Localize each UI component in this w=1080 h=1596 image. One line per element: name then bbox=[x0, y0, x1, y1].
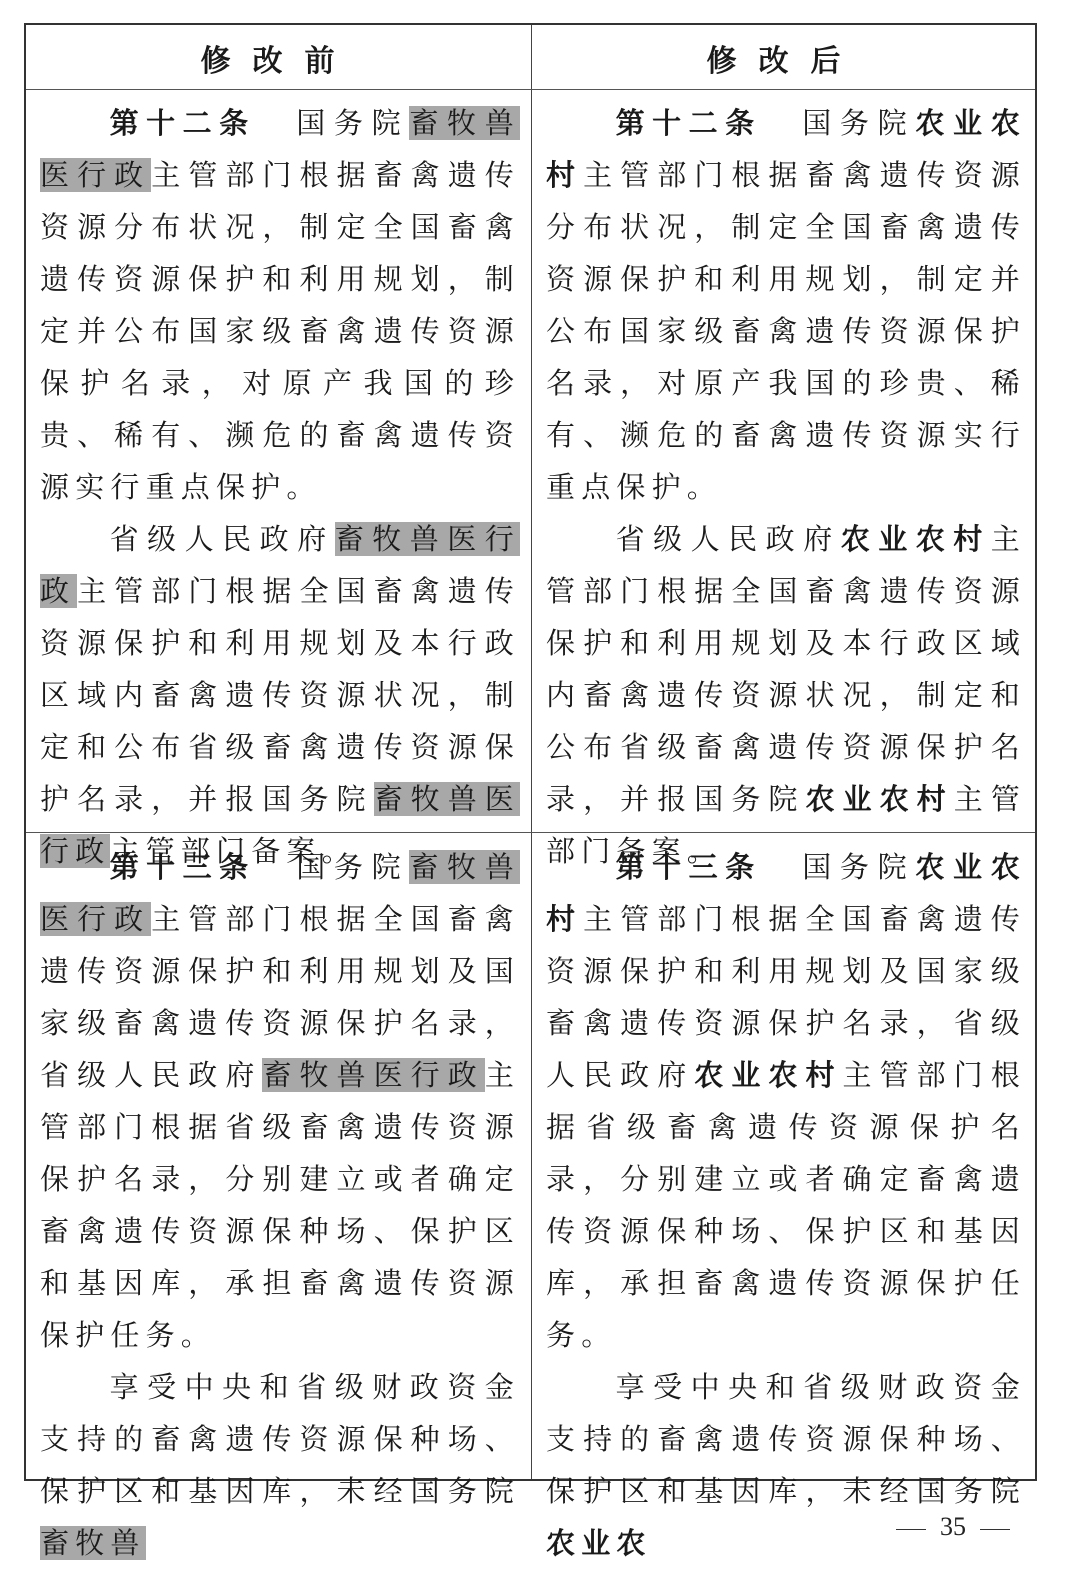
header-after: 修改后 bbox=[532, 25, 1037, 90]
paragraph: 省级人民政府畜牧兽医行政主管部门根据全国畜禽遗传资源保护和利用规划及本行政区域内… bbox=[40, 513, 520, 877]
comparison-table: 修改前 修改后 第十二条国务院畜牧兽医行政主管部门根据畜禽遗传资源分布状况，制定… bbox=[24, 23, 1037, 1481]
amended-text: 农业农村 bbox=[805, 782, 953, 816]
deleted-text-highlight: 畜牧兽医行政 bbox=[262, 1058, 484, 1092]
article-13-after: 第十三条国务院农业农村主管部门根据全国畜禽遗传资源保护和利用规划及国家级畜禽遗传… bbox=[546, 841, 1026, 1569]
article-12-after: 第十二条国务院农业农村主管部门根据畜禽遗传资源分布状况，制定全国畜禽遗传资源保护… bbox=[546, 97, 1026, 877]
article-number: 第十三条 bbox=[616, 850, 762, 884]
amended-text: 农业农村 bbox=[841, 522, 991, 556]
column-divider bbox=[531, 25, 532, 1479]
paragraph: 享受中央和省级财政资金支持的畜禽遗传资源保种场、保护区和基因库，未经国务院畜牧兽 bbox=[40, 1361, 520, 1569]
amended-text: 农业农 bbox=[546, 1526, 652, 1560]
article-number: 第十二条 bbox=[110, 106, 256, 140]
dash-left bbox=[896, 1529, 926, 1530]
article-13-before: 第十三条国务院畜牧兽医行政主管部门根据全国畜禽遗传资源保护和利用规划及国家级畜禽… bbox=[40, 841, 520, 1569]
paragraph: 省级人民政府农业农村主管部门根据全国畜禽遗传资源保护和利用规划及本行政区域内畜禽… bbox=[546, 513, 1026, 877]
article-number: 第十三条 bbox=[110, 850, 256, 884]
dash-right bbox=[980, 1529, 1010, 1530]
article-number: 第十二条 bbox=[616, 106, 762, 140]
header-before: 修改前 bbox=[26, 25, 531, 90]
amended-text: 农业农村 bbox=[694, 1058, 842, 1092]
paragraph: 第十二条国务院畜牧兽医行政主管部门根据畜禽遗传资源分布状况，制定全国畜禽遗传资源… bbox=[40, 97, 520, 513]
deleted-text-highlight: 畜牧兽 bbox=[40, 1526, 146, 1560]
paragraph: 第十三条国务院农业农村主管部门根据全国畜禽遗传资源保护和利用规划及国家级畜禽遗传… bbox=[546, 841, 1026, 1361]
page-number: 35 bbox=[878, 1512, 1028, 1542]
paragraph: 第十二条国务院农业农村主管部门根据畜禽遗传资源分布状况，制定全国畜禽遗传资源保护… bbox=[546, 97, 1026, 513]
article-12-before: 第十二条国务院畜牧兽医行政主管部门根据畜禽遗传资源分布状况，制定全国畜禽遗传资源… bbox=[40, 97, 520, 877]
paragraph: 第十三条国务院畜牧兽医行政主管部门根据全国畜禽遗传资源保护和利用规划及国家级畜禽… bbox=[40, 841, 520, 1361]
